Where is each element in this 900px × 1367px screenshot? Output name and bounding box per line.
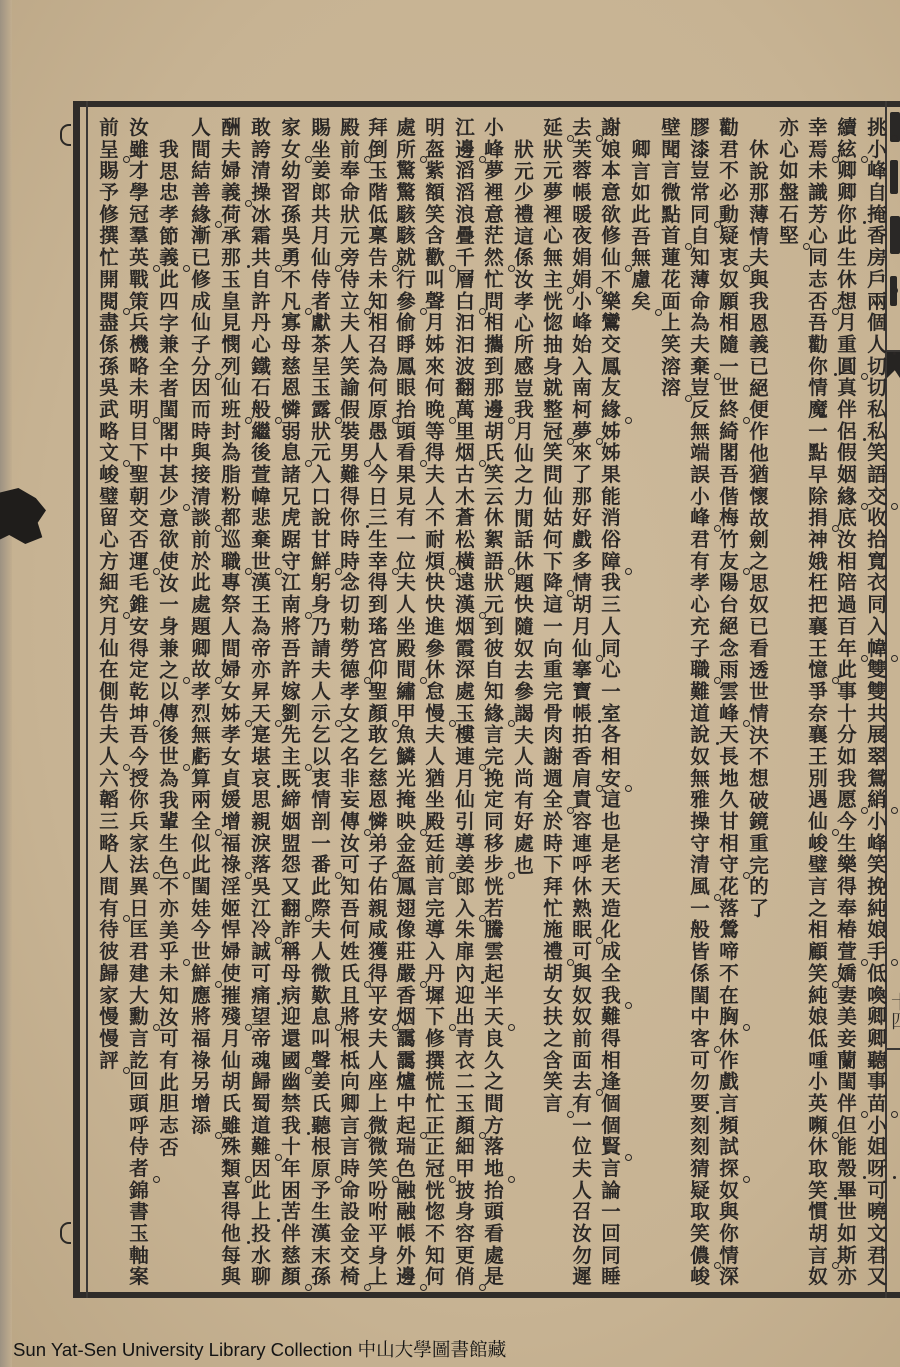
character: 增 [188,1093,214,1115]
punctuation-circle [625,568,632,575]
character: 今 [188,919,214,941]
character: 薄 [746,204,772,226]
character: 根 [337,1028,363,1050]
punctuation-circle [420,460,427,467]
character: 半 [481,985,507,1007]
character: 職 [218,551,244,573]
character: 義 [156,247,182,269]
text-column: 狀元少禮這係汝孝心所感豈我月仙之力閒話休題快隨奴去參謁夫人尚有好處也 [511,139,537,876]
character: 接 [188,464,214,486]
character: 勿 [569,1245,595,1267]
character: 番 [308,854,334,876]
character: 未 [365,269,391,291]
character: 完 [422,898,448,920]
character: 松 [452,529,478,551]
character: 仙 [540,486,566,508]
character: 有 [96,898,122,920]
punctuation-circle [508,417,515,424]
character: 似 [188,833,214,855]
punctuation-circle [832,981,839,988]
character: 生 [834,833,860,855]
character: 閨 [156,399,182,421]
punctuation-circle [567,287,574,294]
character: 卿 [337,1093,363,1115]
character: 柯 [569,399,595,421]
character: 微 [658,182,684,204]
punctuation-circle [891,503,898,510]
character: 修 [188,269,214,291]
character: 微 [365,1136,391,1158]
character: 偕 [716,486,742,508]
character: 慈 [365,768,391,790]
punctuation-circle [305,460,312,467]
character: 姜 [308,160,334,182]
character: 續 [834,117,860,139]
character: 法 [126,854,152,876]
character: 勳 [126,1006,152,1028]
character: 坐 [422,789,448,811]
character: 肉 [540,724,566,746]
character: 元 [337,225,363,247]
character: 夜 [569,225,595,247]
character: 類 [218,1158,244,1180]
character: 扶 [540,1006,566,1028]
character: 他 [746,443,772,465]
character: 胡 [218,1071,244,1093]
character: 瑞 [393,1136,419,1158]
character: 房 [864,247,890,269]
character: 攜 [481,334,507,356]
character: 長 [716,746,742,768]
character: 延 [540,117,566,139]
character: 妾 [834,1028,860,1050]
frame-top-border [73,101,900,107]
punctuation-circle [420,677,427,684]
character: 與 [716,1201,742,1223]
character: 志 [156,1115,182,1137]
character: 微 [308,963,334,985]
character: 書 [126,1201,152,1223]
character: 亦 [248,659,274,681]
character: 頭 [393,421,419,443]
character: 婦 [218,941,244,963]
character: 椅 [337,1266,363,1288]
character: 也 [511,855,537,877]
character: 般 [248,399,274,421]
character: 翻 [278,898,304,920]
character: 迎 [278,1006,304,1028]
character: 忙 [481,269,507,291]
character: 言 [337,1136,363,1158]
character: 因 [188,377,214,399]
character: 亦 [156,898,182,920]
character: 就 [540,377,566,399]
character: 回 [126,1071,152,1093]
character: 除 [805,486,831,508]
character: 言 [337,1115,363,1137]
punctuation-circle [567,135,574,142]
character: 聖 [126,464,152,486]
character: 里 [452,421,478,443]
character: 棄 [248,529,274,551]
character: 兵 [126,312,152,334]
character: 靄 [393,1050,419,1072]
character: 共 [248,247,274,269]
character: 去 [511,660,537,682]
character: 賜 [308,117,334,139]
character: 移 [481,833,507,855]
binding-tear [0,488,46,544]
character: 姊 [218,703,244,725]
character: 芙 [569,139,595,161]
character: 際 [308,898,334,920]
character: 暖 [569,204,595,226]
character: 運 [126,551,152,573]
character: 隨 [716,334,742,356]
character: 已 [188,247,214,269]
character: 睜 [393,334,419,356]
character: 懷 [746,486,772,508]
character: 語 [481,551,507,573]
punctuation-circle [123,460,130,467]
character: 盡 [96,312,122,334]
character: 嚴 [393,963,419,985]
character: 孝 [188,681,214,703]
punctuation-circle [891,959,898,966]
character: 得 [218,1201,244,1223]
character: 雲 [481,941,507,963]
character: 生 [365,529,391,551]
character: 坤 [126,703,152,725]
character: 圓 [834,356,860,378]
punctuation-circle [364,829,371,836]
character: 增 [218,811,244,833]
character: 映 [393,811,419,833]
character: 完 [746,855,772,877]
character: 取 [687,1201,713,1223]
character: 峰 [569,312,595,334]
character: 鳳 [393,876,419,898]
character: 難 [337,464,363,486]
character: 玉 [126,1223,152,1245]
character: 呈 [96,139,122,161]
character: 弱 [278,421,304,443]
character: 堅 [776,225,802,247]
character: 鳳 [393,356,419,378]
character: 引 [452,811,478,833]
character: 滔 [452,160,478,182]
character: 繡 [393,681,419,703]
character: 忙 [540,898,566,920]
character: 始 [569,334,595,356]
character: 側 [96,681,122,703]
character: 首 [658,225,684,247]
character: 兄 [278,486,304,508]
character: 凡 [278,291,304,313]
character: 疊 [452,225,478,247]
character: 好 [569,507,595,529]
character: 中 [687,1006,713,1028]
character: 參 [393,291,419,313]
character: 邊 [481,399,507,421]
character: 霜 [248,225,274,247]
punctuation-circle [335,265,342,272]
character: 今 [365,464,391,486]
character: 列 [218,356,244,378]
character: 仙 [218,377,244,399]
character: 將 [188,1006,214,1028]
character: 匡 [126,919,152,941]
punctuation-circle [449,872,456,879]
character: 之 [511,464,537,486]
character: 造 [598,898,624,920]
character: 鸞 [598,312,624,334]
character: 峻 [805,833,831,855]
character: 仙 [598,247,624,269]
character: 了 [569,464,595,486]
character: 細 [452,1136,478,1158]
character: 夫 [422,724,448,746]
character: 示 [308,703,334,725]
character: 使 [156,551,182,573]
character: 彼 [481,638,507,660]
character: 侍 [337,269,363,291]
character: 友 [598,377,624,399]
text-column: 壁聞言微點首蓮花面上笑溶溶 [658,117,684,399]
character: 內 [452,963,478,985]
character: 那 [569,486,595,508]
character: 鏡 [746,811,772,833]
character: 早 [805,464,831,486]
character: 光 [393,768,419,790]
punctuation-circle [123,612,130,619]
character: 探 [716,1158,742,1180]
character: 豈 [511,378,537,400]
character: 諸 [278,464,304,486]
character: 笑 [805,963,831,985]
character: 低 [805,1028,831,1050]
character: 心 [248,334,274,356]
punctuation-circle [685,395,692,402]
character: 外 [393,1245,419,1267]
punctuation-circle [625,1002,632,1009]
character: 貞 [218,768,244,790]
character: 休 [746,139,772,161]
character: 端 [687,442,713,464]
character: 評 [96,1050,122,1072]
text-column: 亦心如盤石堅 [776,117,802,247]
character: 汩 [452,312,478,334]
character: 祭 [218,594,244,616]
character: 韜 [96,789,122,811]
character: 水 [248,1245,274,1267]
punctuation-circle [245,1176,252,1183]
character: 殿 [337,117,363,139]
character: 言 [805,876,831,898]
character: 顏 [452,1115,478,1137]
character: 獻 [308,312,334,334]
text-column: 汝雖才學冠羣英戰策兵機略未明目下聖朝交否運毛錐安得定乾坤吾今授你兵家法異日匡君建… [126,117,152,1288]
character: 身 [365,1245,391,1267]
character: 每 [218,1245,244,1267]
character: 伴 [834,1093,860,1115]
character: 否 [805,291,831,313]
character: 苗 [864,1093,890,1115]
character: 樂 [834,854,860,876]
character: 上 [365,1093,391,1115]
character: 予 [308,1180,334,1202]
character: 坐 [393,616,419,638]
punctuation-circle [508,1024,515,1031]
character: 常 [687,182,713,204]
character: 啼 [716,941,742,963]
character: 娟 [569,247,595,269]
character: 戲 [569,529,595,551]
character: 呼 [126,1115,152,1137]
character: 處 [452,681,478,703]
character: 月 [569,616,595,638]
character: 孝 [156,204,182,226]
character: 名 [337,746,363,768]
character: 言 [805,1245,831,1267]
character: 絕 [716,616,742,638]
character: 挽 [864,876,890,898]
character: 疑 [716,225,742,247]
text-column: 明盔紫額笑含歡叫聲月姊來何晚等得夫人不耐煩快快進參休怠慢夫人猶坐殿廷前言完導入丹… [422,117,448,1288]
character: 同 [687,204,713,226]
character: 娃 [188,898,214,920]
character: 身 [156,616,182,638]
character: 爐 [393,1071,419,1093]
character: 無 [687,421,713,443]
character: 額 [422,182,448,204]
character: 綃 [864,789,890,811]
character: 翅 [393,898,419,920]
character: 另 [188,1071,214,1093]
character: 佑 [365,876,391,898]
character: 班 [218,399,244,421]
punctuation-circle [714,1046,721,1053]
character: 寬 [864,551,890,573]
character: 平 [365,1223,391,1245]
character: 抬 [481,1180,507,1202]
character: 愚 [365,421,391,443]
character: 人 [96,746,122,768]
character: 乞 [365,746,391,768]
character: 奉 [337,160,363,182]
page-edge-shadow [0,0,12,1367]
character: 滔 [452,182,478,204]
character: 兼 [156,334,182,356]
punctuation-circle [364,981,371,988]
character: 扉 [452,941,478,963]
character: 雲 [716,681,742,703]
character: 挑 [864,117,890,139]
character: 媛 [218,789,244,811]
character: 念 [716,638,742,660]
character: 節 [156,226,182,248]
character: 盤 [776,182,802,204]
character: 閣 [156,421,182,443]
character: 嫁 [278,681,304,703]
character: 小 [864,811,890,833]
character: 同 [598,1245,624,1267]
character: 賢 [598,1136,624,1158]
character: 天 [598,876,624,898]
character: 予 [96,182,122,204]
character: 聲 [308,1050,334,1072]
character: 快 [422,572,448,594]
character: 緣 [598,399,624,421]
punctuation-circle [392,265,399,272]
text-column: 小峰夢裡意茫然忙問相攜到那邊胡氏笑云休絮語狀元到彼自知緣言完挽定同移步恍若騰雲起… [481,117,507,1288]
character: 胡 [805,1223,831,1245]
character: 荷 [218,204,244,226]
punctuation-circle [861,1111,868,1118]
character: 吩 [365,1180,391,1202]
punctuation-circle [479,612,486,619]
character: 刻 [687,1136,713,1158]
character: 才 [126,160,152,182]
character: 他 [218,1223,244,1245]
character: 恩 [746,313,772,335]
character: 璧 [96,486,122,508]
character: 猶 [746,464,772,486]
punctuation-circle [275,265,282,272]
character: 騰 [481,919,507,941]
character: 知 [156,985,182,1007]
character: 傳 [337,811,363,833]
character: 快 [422,594,448,616]
character: 脂 [218,464,244,486]
character: 般 [687,919,713,941]
character: 個 [864,312,890,334]
character: 世 [834,1201,860,1223]
character: 方 [96,551,122,573]
character: 淫 [218,876,244,898]
character: 人 [337,334,363,356]
character: 身 [540,356,566,378]
character: 江 [278,572,304,594]
character: 吳 [248,876,274,898]
character: 遠 [452,572,478,594]
character: 望 [248,1006,274,1028]
character: 各 [598,724,624,746]
character: 為 [156,768,182,790]
character: 施 [540,919,566,941]
character: 子 [687,638,713,660]
character: 世 [716,377,742,399]
character: 得 [337,486,363,508]
character: 言 [422,876,448,898]
character: 頭 [481,1201,507,1223]
character: 弟 [365,833,391,855]
character: 是 [598,833,624,855]
character: 清 [248,160,274,182]
character: 幼 [278,160,304,182]
character: 為 [248,616,274,638]
text-column: 人間結善緣漸已修成仙子分因而時與接清談前於此處題卿故孝烈無虧算兩全似此閨娃今世鮮… [188,117,214,1136]
punctuation-circle [861,959,868,966]
character: 事 [834,681,860,703]
character: 都 [218,507,244,529]
character: 郎 [308,182,334,204]
character: 室 [598,703,624,725]
character: 參 [422,638,448,660]
character: 一 [805,421,831,443]
character: 氏 [218,1093,244,1115]
character: 大 [126,985,152,1007]
